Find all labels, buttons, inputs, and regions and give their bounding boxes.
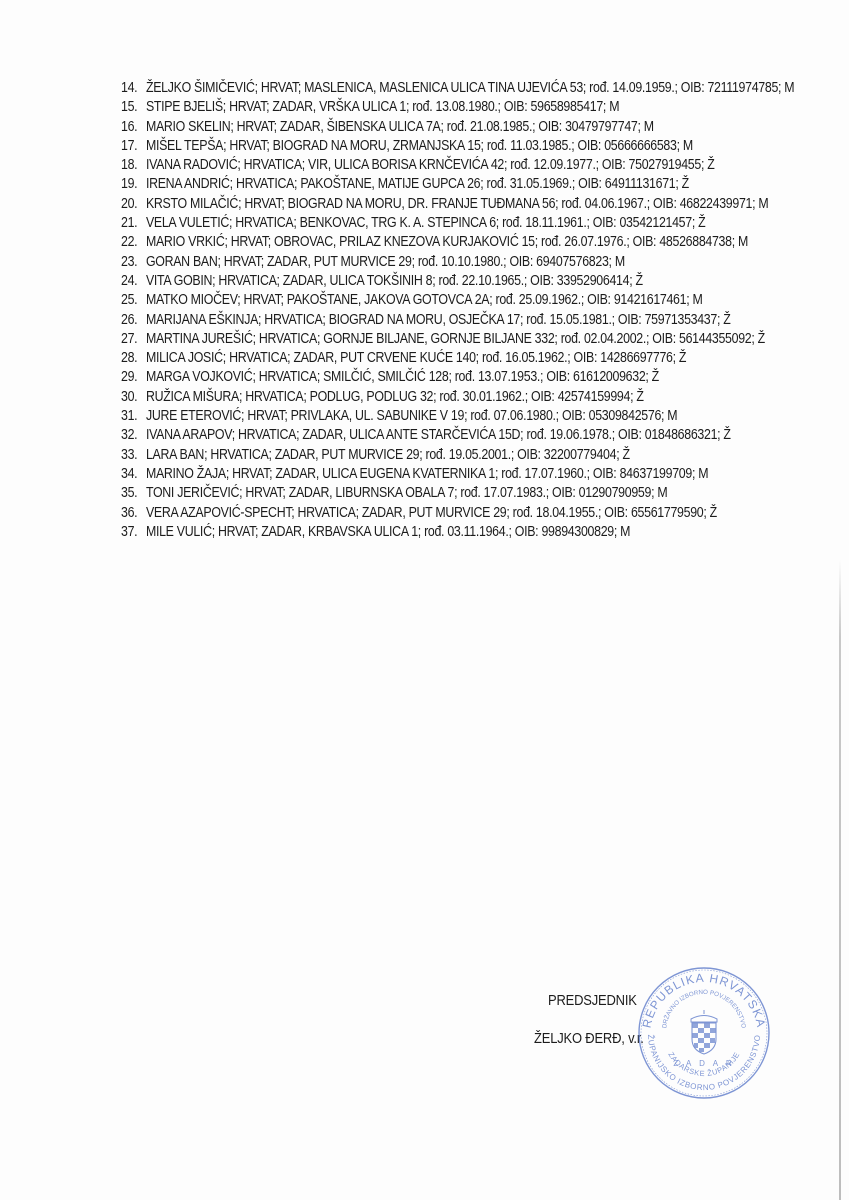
candidate-list: 14.ŽELJKO ŠIMIČEVIĆ; HRVAT; MASLENICA, M… (121, 79, 800, 542)
svg-text:Z A D A R: Z A D A R (673, 1059, 734, 1068)
item-number: 33. (121, 446, 146, 465)
item-number: 16. (121, 118, 146, 137)
item-text: MARTINA JUREŠIĆ; HRVATICA; GORNJE BILJAN… (146, 330, 800, 349)
item-text: IRENA ANDRIĆ; HRVATICA; PAKOŠTANE, MATIJ… (146, 175, 800, 194)
list-item: 24.VITA GOBIN; HRVATICA; ZADAR, ULICA TO… (121, 272, 800, 291)
item-number: 24. (121, 272, 146, 291)
item-number: 32. (121, 426, 146, 445)
list-item: 21.VELA VULETIĆ; HRVATICA; BENKOVAC, TRG… (121, 214, 800, 233)
item-number: 28. (121, 349, 146, 368)
list-item: 33.LARA BAN; HRVATICA; ZADAR, PUT MURVIC… (121, 446, 800, 465)
list-item: 18.IVANA RADOVIĆ; HRVATICA; VIR, ULICA B… (121, 156, 800, 175)
item-text: VERA AZAPOVIĆ-SPECHT; HRVATICA; ZADAR, P… (146, 504, 800, 523)
document-page: 14.ŽELJKO ŠIMIČEVIĆ; HRVAT; MASLENICA, M… (0, 0, 849, 1200)
item-text: IVANA ARAPOV; HRVATICA; ZADAR, ULICA ANT… (146, 426, 800, 445)
item-number: 15. (121, 98, 146, 117)
item-number: 37. (121, 523, 146, 542)
item-number: 27. (121, 330, 146, 349)
item-text: MARINO ŽAJA; HRVAT; ZADAR, ULICA EUGENA … (146, 465, 800, 484)
item-text: KRSTO MILAČIĆ; HRVAT; BIOGRAD NA MORU, D… (146, 195, 800, 214)
list-item: 32.IVANA ARAPOV; HRVATICA; ZADAR, ULICA … (121, 426, 800, 445)
list-item: 36.VERA AZAPOVIĆ-SPECHT; HRVATICA; ZADAR… (121, 504, 800, 523)
list-item: 22.MARIO VRKIĆ; HRVAT; OBROVAC, PRILAZ K… (121, 233, 800, 252)
item-number: 18. (121, 156, 146, 175)
list-item: 15.STIPE BJELIŠ; HRVAT; ZADAR, VRŠKA ULI… (121, 98, 800, 117)
scan-edge-shadow (839, 560, 841, 1200)
item-text: TONI JERIČEVIĆ; HRVAT; ZADAR, LIBURNSKA … (146, 484, 800, 503)
item-number: 31. (121, 407, 146, 426)
list-item: 34.MARINO ŽAJA; HRVAT; ZADAR, ULICA EUGE… (121, 465, 800, 484)
signature-title: PREDSJEDNIK (548, 993, 637, 1009)
item-text: ŽELJKO ŠIMIČEVIĆ; HRVAT; MASLENICA, MASL… (146, 79, 800, 98)
item-text: MILE VULIĆ; HRVAT; ZADAR, KRBAVSKA ULICA… (146, 523, 800, 542)
list-item: 28.MILICA JOSIĆ; HRVATICA; ZADAR, PUT CR… (121, 349, 800, 368)
list-item: 30.RUŽICA MIŠURA; HRVATICA; PODLUG, PODL… (121, 388, 800, 407)
item-text: MARGA VOJKOVIĆ; HRVATICA; SMILČIĆ, SMILČ… (146, 368, 800, 387)
list-item: 14.ŽELJKO ŠIMIČEVIĆ; HRVAT; MASLENICA, M… (121, 79, 800, 98)
signature-name: ŽELJKO ĐERĐ, v.r. (534, 1031, 644, 1047)
item-number: 30. (121, 388, 146, 407)
list-item: 35.TONI JERIČEVIĆ; HRVAT; ZADAR, LIBURNS… (121, 484, 800, 503)
item-number: 35. (121, 484, 146, 503)
item-text: MARIJANA EŠKINJA; HRVATICA; BIOGRAD NA M… (146, 311, 800, 330)
coat-of-arms-icon (691, 1010, 717, 1054)
item-text: IVANA RADOVIĆ; HRVATICA; VIR, ULICA BORI… (146, 156, 800, 175)
list-item: 29.MARGA VOJKOVIĆ; HRVATICA; SMILČIĆ, SM… (121, 368, 800, 387)
list-item: 19.IRENA ANDRIĆ; HRVATICA; PAKOŠTANE, MA… (121, 175, 800, 194)
list-item: 16.MARIO SKELIN; HRVAT; ZADAR, ŠIBENSKA … (121, 118, 800, 137)
item-text: GORAN BAN; HRVAT; ZADAR, PUT MURVICE 29;… (146, 253, 800, 272)
item-text: MARIO SKELIN; HRVAT; ZADAR, ŠIBENSKA ULI… (146, 118, 800, 137)
item-text: VELA VULETIĆ; HRVATICA; BENKOVAC, TRG K.… (146, 214, 800, 233)
list-item: 23.GORAN BAN; HRVAT; ZADAR, PUT MURVICE … (121, 253, 800, 272)
item-number: 20. (121, 195, 146, 214)
item-text: JURE ETEROVIĆ; HRVAT; PRIVLAKA, UL. SABU… (146, 407, 800, 426)
item-number: 34. (121, 465, 146, 484)
item-text: VITA GOBIN; HRVATICA; ZADAR, ULICA TOKŠI… (146, 272, 800, 291)
item-text: MATKO MIOČEV; HRVAT; PAKOŠTANE, JAKOVA G… (146, 291, 800, 310)
official-seal-icon: REPUBLIKA HRVATSKA DRŽAVNO IZBORNO POVJE… (636, 966, 772, 1100)
svg-text:REPUBLIKA HRVATSKA: REPUBLIKA HRVATSKA (640, 971, 769, 1029)
list-item: 20.KRSTO MILAČIĆ; HRVAT; BIOGRAD NA MORU… (121, 195, 800, 214)
item-text: RUŽICA MIŠURA; HRVATICA; PODLUG, PODLUG … (146, 388, 800, 407)
list-item: 17.MIŠEL TEPŠA; HRVAT; BIOGRAD NA MORU, … (121, 137, 800, 156)
item-number: 23. (121, 253, 146, 272)
list-item: 26.MARIJANA EŠKINJA; HRVATICA; BIOGRAD N… (121, 311, 800, 330)
item-text: LARA BAN; HRVATICA; ZADAR, PUT MURVICE 2… (146, 446, 800, 465)
item-number: 19. (121, 175, 146, 194)
list-item: 37.MILE VULIĆ; HRVAT; ZADAR, KRBAVSKA UL… (121, 523, 800, 542)
item-number: 25. (121, 291, 146, 310)
list-item: 25.MATKO MIOČEV; HRVAT; PAKOŠTANE, JAKOV… (121, 291, 800, 310)
item-text: STIPE BJELIŠ; HRVAT; ZADAR, VRŠKA ULICA … (146, 98, 800, 117)
item-text: MIŠEL TEPŠA; HRVAT; BIOGRAD NA MORU, ZRM… (146, 137, 800, 156)
item-text: MILICA JOSIĆ; HRVATICA; ZADAR, PUT CRVEN… (146, 349, 800, 368)
item-number: 36. (121, 504, 146, 523)
item-number: 26. (121, 311, 146, 330)
item-number: 29. (121, 368, 146, 387)
item-number: 17. (121, 137, 146, 156)
item-text: MARIO VRKIĆ; HRVAT; OBROVAC, PRILAZ KNEZ… (146, 233, 800, 252)
list-item: 31.JURE ETEROVIĆ; HRVAT; PRIVLAKA, UL. S… (121, 407, 800, 426)
item-number: 21. (121, 214, 146, 233)
item-number: 14. (121, 79, 146, 98)
list-item: 27.MARTINA JUREŠIĆ; HRVATICA; GORNJE BIL… (121, 330, 800, 349)
item-number: 22. (121, 233, 146, 252)
